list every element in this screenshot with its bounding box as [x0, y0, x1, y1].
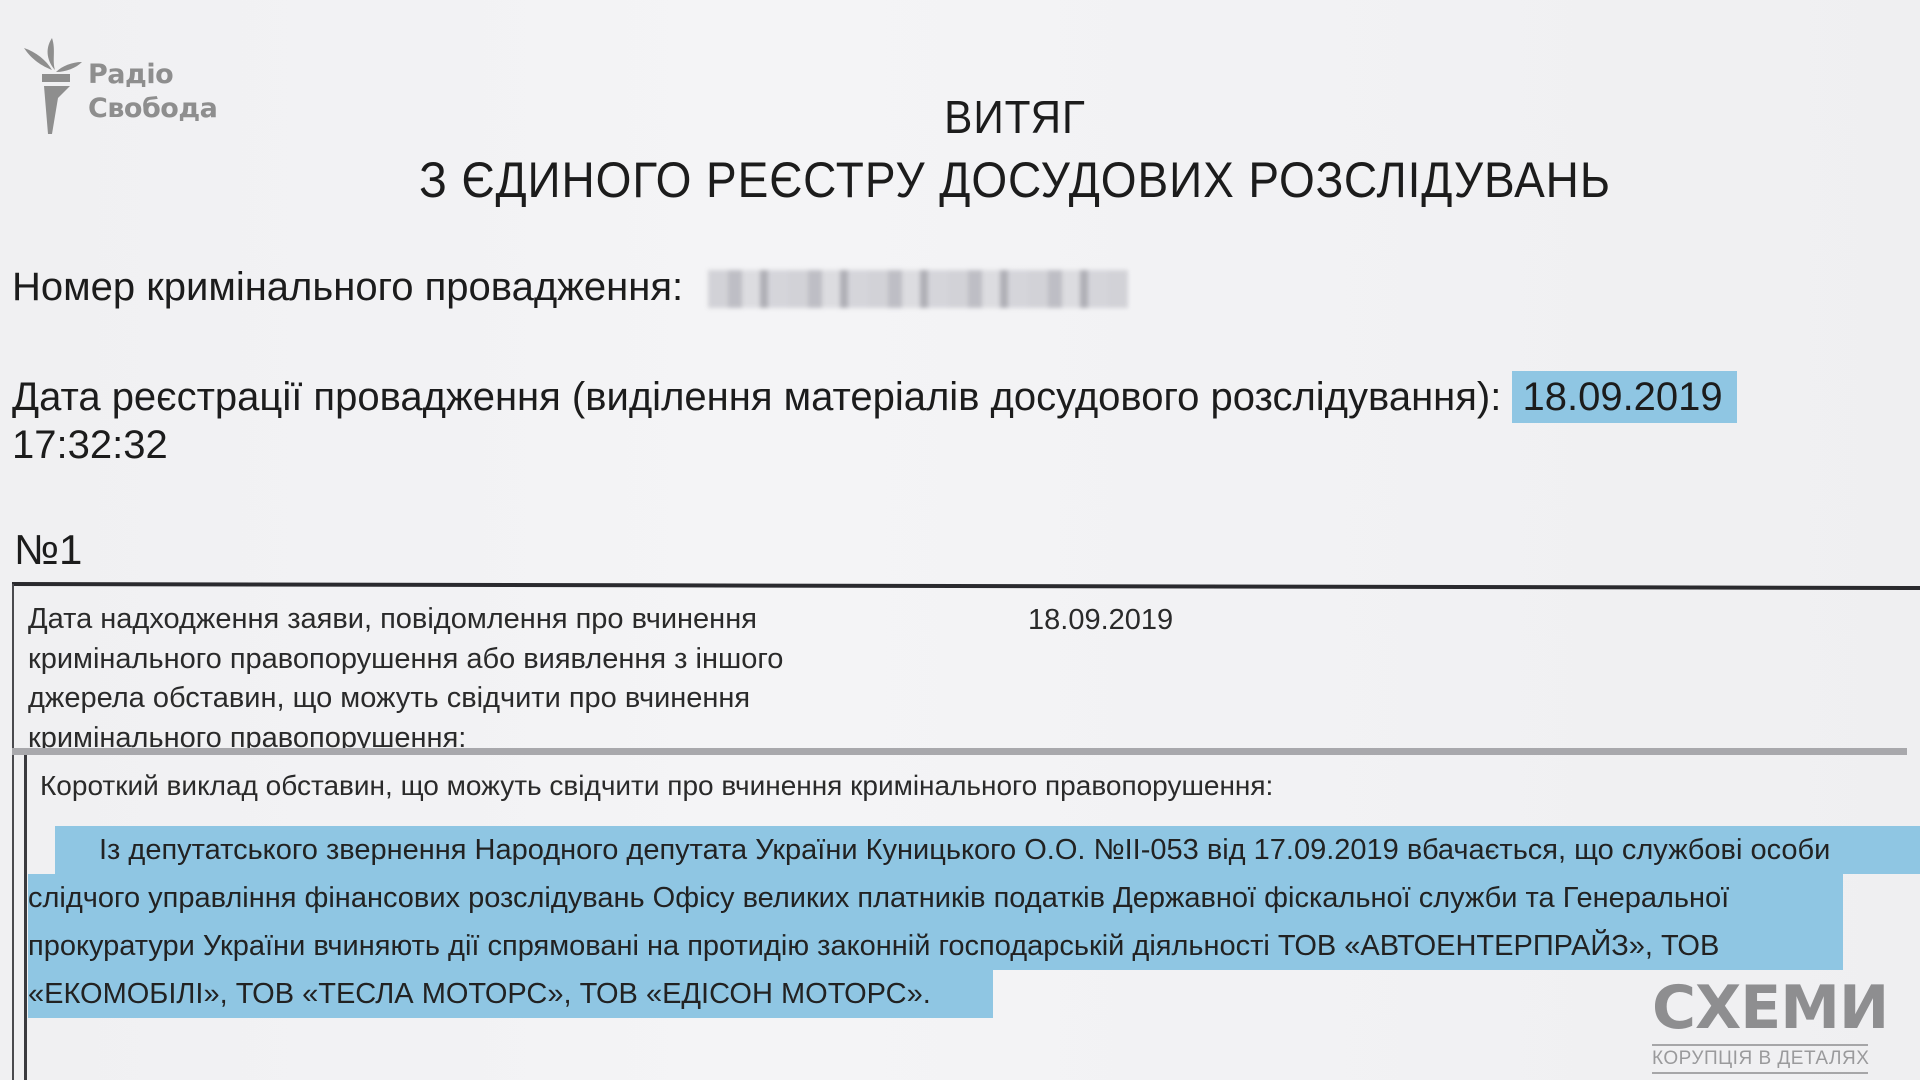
label-line: джерела обставин, що можуть свідчити про…	[28, 679, 908, 719]
case-number-label: Номер кримінального провадження:	[12, 265, 683, 309]
receipt-date-value: 18.09.2019	[1028, 600, 1173, 640]
table-divider	[12, 748, 1907, 755]
summary-line: «ЕКОМОБІЛІ», ТОВ «ТЕСЛА МОТОРС», ТОВ «ЕД…	[28, 970, 993, 1018]
document-subtitle: З ЄДИНОГО РЕЄСТРУ ДОСУДОВИХ РОЗСЛІДУВАНЬ	[81, 152, 1920, 208]
label-line: Дата надходження заяви, повідомлення про…	[28, 600, 908, 640]
case-number-row: Номер кримінального провадження:	[12, 264, 1128, 310]
registration-date-highlight: 18.09.2019	[1512, 371, 1736, 423]
document-title: ВИТЯГ	[81, 92, 1920, 142]
receipt-date-label: Дата надходження заяви, повідомлення про…	[28, 600, 908, 758]
schemes-subtitle: КОРУПЦІЯ В ДЕТАЛЯХ	[1652, 1044, 1868, 1074]
summary-line: прокуратури України вчиняють дії спрямов…	[28, 922, 1843, 970]
case-number-redacted	[708, 270, 1128, 308]
table-inner-border	[24, 755, 27, 1080]
schemes-title: СХЕМИ	[1652, 978, 1868, 1038]
table-top-border	[12, 582, 1920, 590]
schemes-logo: СХЕМИ КОРУПЦІЯ В ДЕТАЛЯХ	[1652, 978, 1868, 1074]
summary-line: слідчого управління фінансових розслідув…	[28, 874, 1843, 922]
brand-name-line1: Радіо	[88, 58, 217, 92]
registration-label: Дата реєстрації провадження (виділення м…	[12, 375, 1501, 419]
entry-number: №1	[14, 526, 82, 574]
torch-icon	[22, 34, 86, 134]
registration-time: 17:32:32	[12, 422, 168, 468]
summary-label: Короткий виклад обставин, що можуть свід…	[40, 768, 1273, 804]
registration-row: Дата реєстрації провадження (виділення м…	[12, 374, 1737, 420]
summary-line: Із депутатського звернення Народного деп…	[55, 826, 1920, 874]
table-left-border	[12, 584, 14, 1080]
label-line: кримінального правопорушення або виявлен…	[28, 640, 908, 680]
